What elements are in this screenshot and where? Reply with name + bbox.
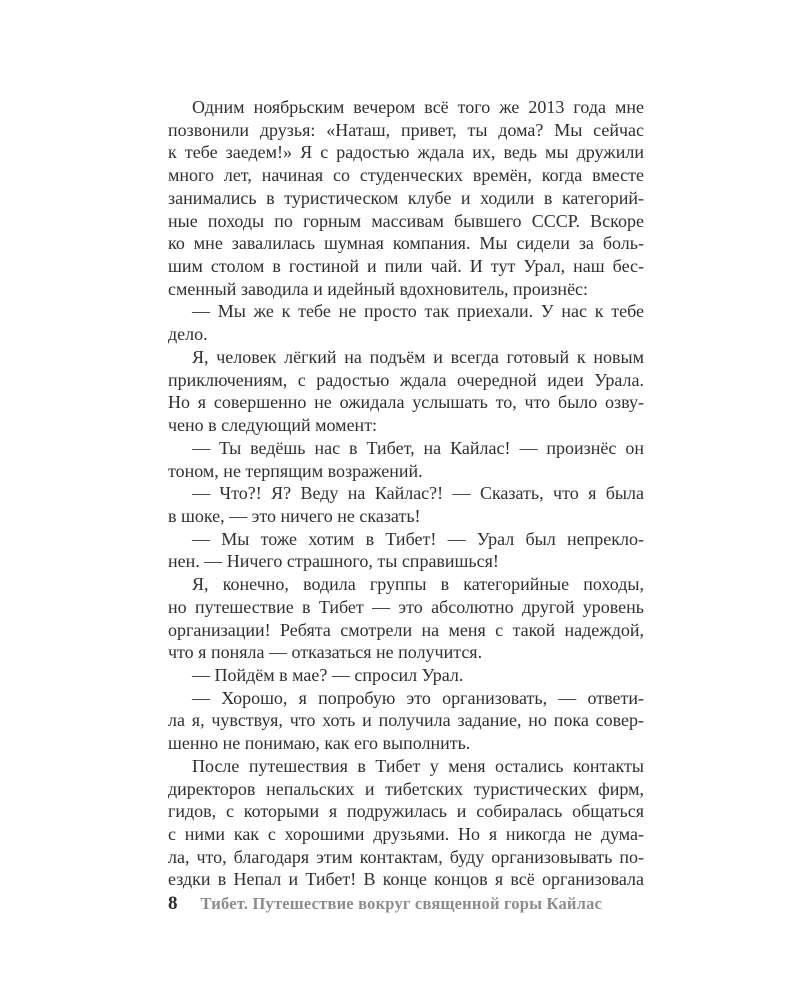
text-line: Я, человек лёгкий на подъём и всегда гот… — [168, 346, 644, 369]
text-line: в шоке, — это ничего не сказать! — [168, 505, 644, 528]
text-line: ла, что, благодаря этим контактам, буду … — [168, 846, 644, 869]
page-text: Одним ноябрьским вечером всё того же 201… — [168, 96, 644, 891]
text-line: директоров непальских и тибетских турист… — [168, 778, 644, 801]
text-line: но путешествие в Тибет — это абсолютно д… — [168, 596, 644, 619]
page-footer: 8 Тибет. Путешествие вокруг священной го… — [168, 893, 644, 915]
text-line: шенно не понимаю, как его выполнить. — [168, 732, 644, 755]
text-line: много лет, начиная со студенческих времё… — [168, 164, 644, 187]
text-line: к тебе заедем!» Я с радостью ждала их, в… — [168, 141, 644, 164]
text-line: чено в следующий момент: — [168, 414, 644, 437]
text-line: что я поняла — отказаться не получится. — [168, 641, 644, 664]
text-line: Но я совершенно не ожидала услышать то, … — [168, 391, 644, 414]
book-page: Одним ноябрьским вечером всё того же 201… — [0, 0, 800, 1000]
text-line: шим столом в гостиной и пили чай. И тут … — [168, 255, 644, 278]
text-line: с ними как с хорошими друзьями. Но я ник… — [168, 823, 644, 846]
text-line: — Пойдём в мае? — спросил Урал. — [168, 664, 644, 687]
text-line: — Ты ведёшь нас в Тибет, на Кайлас! — пр… — [168, 437, 644, 460]
text-line: занимались в туристическом клубе и ходил… — [168, 187, 644, 210]
text-line: приключениям, с радостью ждала очередной… — [168, 369, 644, 392]
text-line: гидов, с которыми я подружилась и собира… — [168, 800, 644, 823]
text-line: — Хорошо, я попробую это организовать, —… — [168, 687, 644, 710]
text-line: сменный заводила и идейный вдохновитель,… — [168, 278, 644, 301]
text-line: тоном, не терпящим возражений. — [168, 460, 644, 483]
text-line: После путешествия в Тибет у меня осталис… — [168, 755, 644, 778]
text-line: нен. — Ничего страшного, ты справишься! — [168, 550, 644, 573]
page-number: 8 — [168, 893, 178, 915]
text-line: ла я, чувствуя, что хоть и получила зада… — [168, 709, 644, 732]
text-line: позвонили друзья: «Наташ, привет, ты дом… — [168, 119, 644, 142]
text-line: — Что?! Я? Веду на Кайлас?! — Сказать, ч… — [168, 482, 644, 505]
text-line: организации! Ребята смотрели на меня с т… — [168, 619, 644, 642]
text-line: ные походы по горным массивам бывшего СС… — [168, 210, 644, 233]
text-line: ко мне завалилась шумная компания. Мы си… — [168, 232, 644, 255]
running-title: Тибет. Путешествие вокруг священной горы… — [201, 894, 603, 914]
text-line: Одним ноябрьским вечером всё того же 201… — [168, 96, 644, 119]
text-line: ездки в Непал и Тибет! В конце концов я … — [168, 868, 644, 891]
text-line: Я, конечно, водила группы в категорийные… — [168, 573, 644, 596]
text-line: дело. — [168, 323, 644, 346]
text-line: — Мы же к тебе не просто так приехали. У… — [168, 300, 644, 323]
text-line: — Мы тоже хотим в Тибет! — Урал был непр… — [168, 528, 644, 551]
